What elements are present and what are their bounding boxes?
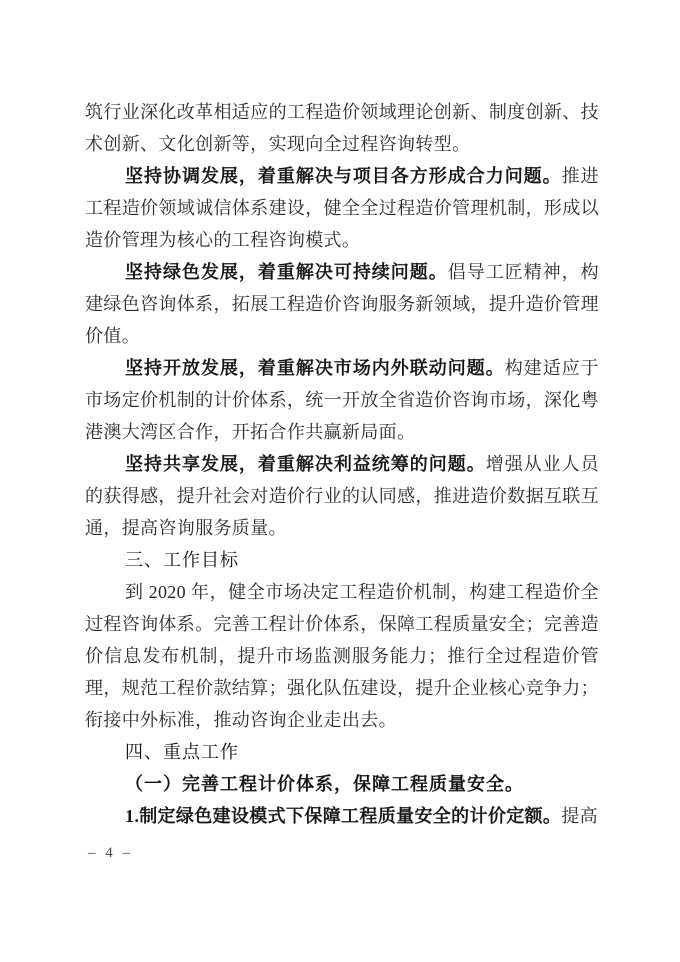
body-paragraph-coordinated-development: 坚持协调发展，着重解决与项目各方形成合力问题。推进工程造价领域诚信体系建设，健全… xyxy=(85,160,599,256)
numbered-item-1: 1.制定绿色建设模式下保障工程质量安全的计价定额。提高 xyxy=(85,800,599,832)
body-paragraph-shared-development: 坚持共享发展，着重解决利益统筹的问题。增强从业人员的获得感，提升社会对造价行业的… xyxy=(85,448,599,544)
heading-text: 三、工作目标 xyxy=(125,550,239,570)
body-paragraph-open-development: 坚持开放发展，着重解决市场内外联动问题。构建适应于市场定价机制的计价体系，统一开… xyxy=(85,352,599,448)
heading-text: 四、重点工作 xyxy=(125,742,239,762)
document-text-block: 筑行业深化改革相适应的工程造价领域理论创新、制度创新、技术创新、文化创新等，实现… xyxy=(85,96,599,832)
subheading-text: （一）完善工程计价体系，保障工程质量安全。 xyxy=(125,774,524,794)
body-paragraph-goals-2020: 到 2020 年，健全市场决定工程造价机制，构建工程造价全过程咨询体系。完善工程… xyxy=(85,576,599,736)
body-paragraph-green-development: 坚持绿色发展，着重解决可持续问题。倡导工匠精神，构建绿色咨询体系，拓展工程造价咨… xyxy=(85,256,599,352)
subsection-heading-pricing-system: （一）完善工程计价体系，保障工程质量安全。 xyxy=(85,768,599,800)
paragraph-lead-bold: 坚持绿色发展，着重解决可持续问题。 xyxy=(125,262,448,282)
section-heading-key-work: 四、重点工作 xyxy=(85,736,599,768)
page-number: – 4 – xyxy=(88,843,133,863)
paragraph-lead-bold: 坚持协调发展，着重解决与项目各方形成合力问题。 xyxy=(125,166,562,186)
body-paragraph-continuation: 筑行业深化改革相适应的工程造价领域理论创新、制度创新、技术创新、文化创新等，实现… xyxy=(85,96,599,160)
item-lead-bold: 1.制定绿色建设模式下保障工程质量安全的计价定额。 xyxy=(125,806,561,826)
paragraph-text: 提高 xyxy=(561,806,598,826)
paragraph-lead-bold: 坚持共享发展，着重解决利益统筹的问题。 xyxy=(125,454,486,474)
paragraph-lead-bold: 坚持开放发展，着重解决市场内外联动问题。 xyxy=(125,358,505,378)
paragraph-text: 筑行业深化改革相适应的工程造价领域理论创新、制度创新、技术创新、文化创新等，实现… xyxy=(85,102,599,154)
document-page: 筑行业深化改革相适应的工程造价领域理论创新、制度创新、技术创新、文化创新等，实现… xyxy=(0,0,680,962)
paragraph-text: 到 2020 年，健全市场决定工程造价机制，构建工程造价全过程咨询体系。完善工程… xyxy=(85,582,599,730)
section-heading-work-goals: 三、工作目标 xyxy=(85,544,599,576)
